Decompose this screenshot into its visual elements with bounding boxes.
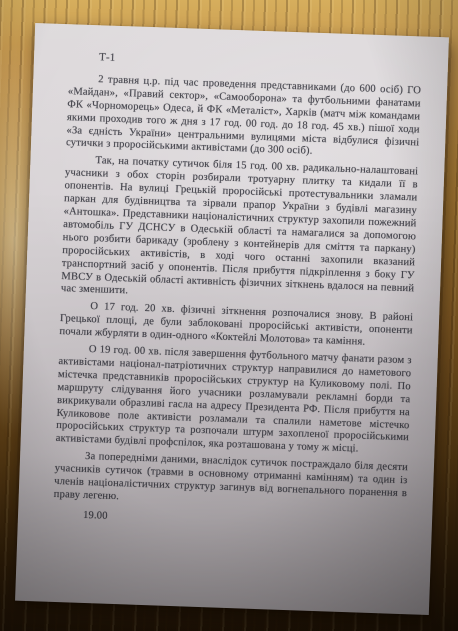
document-footer-time: 19.00 xyxy=(83,510,406,534)
document-paragraph: О 17 год. 20 хв. фізичні зіткнення розпо… xyxy=(59,300,413,351)
document-paragraph: Так, на початку сутичок біля 15 год. 00 … xyxy=(61,154,419,308)
document-code: Т-1 xyxy=(99,51,422,75)
document-paragraph: О 19 год. 00 хв. після завершення футбол… xyxy=(55,343,411,459)
document-page: Т-1 2 травня ц.р. під час проведення пре… xyxy=(15,23,449,615)
photo-scene: Т-1 2 травня ц.р. під час проведення пре… xyxy=(0,0,458,631)
document-paragraph: 2 травня ц.р. під час проведення предста… xyxy=(66,73,421,163)
document-paragraph: За попередніми даними, внаслідок сутичок… xyxy=(54,450,409,514)
document-text-block: Т-1 2 травня ц.р. під час проведення пре… xyxy=(51,50,422,594)
